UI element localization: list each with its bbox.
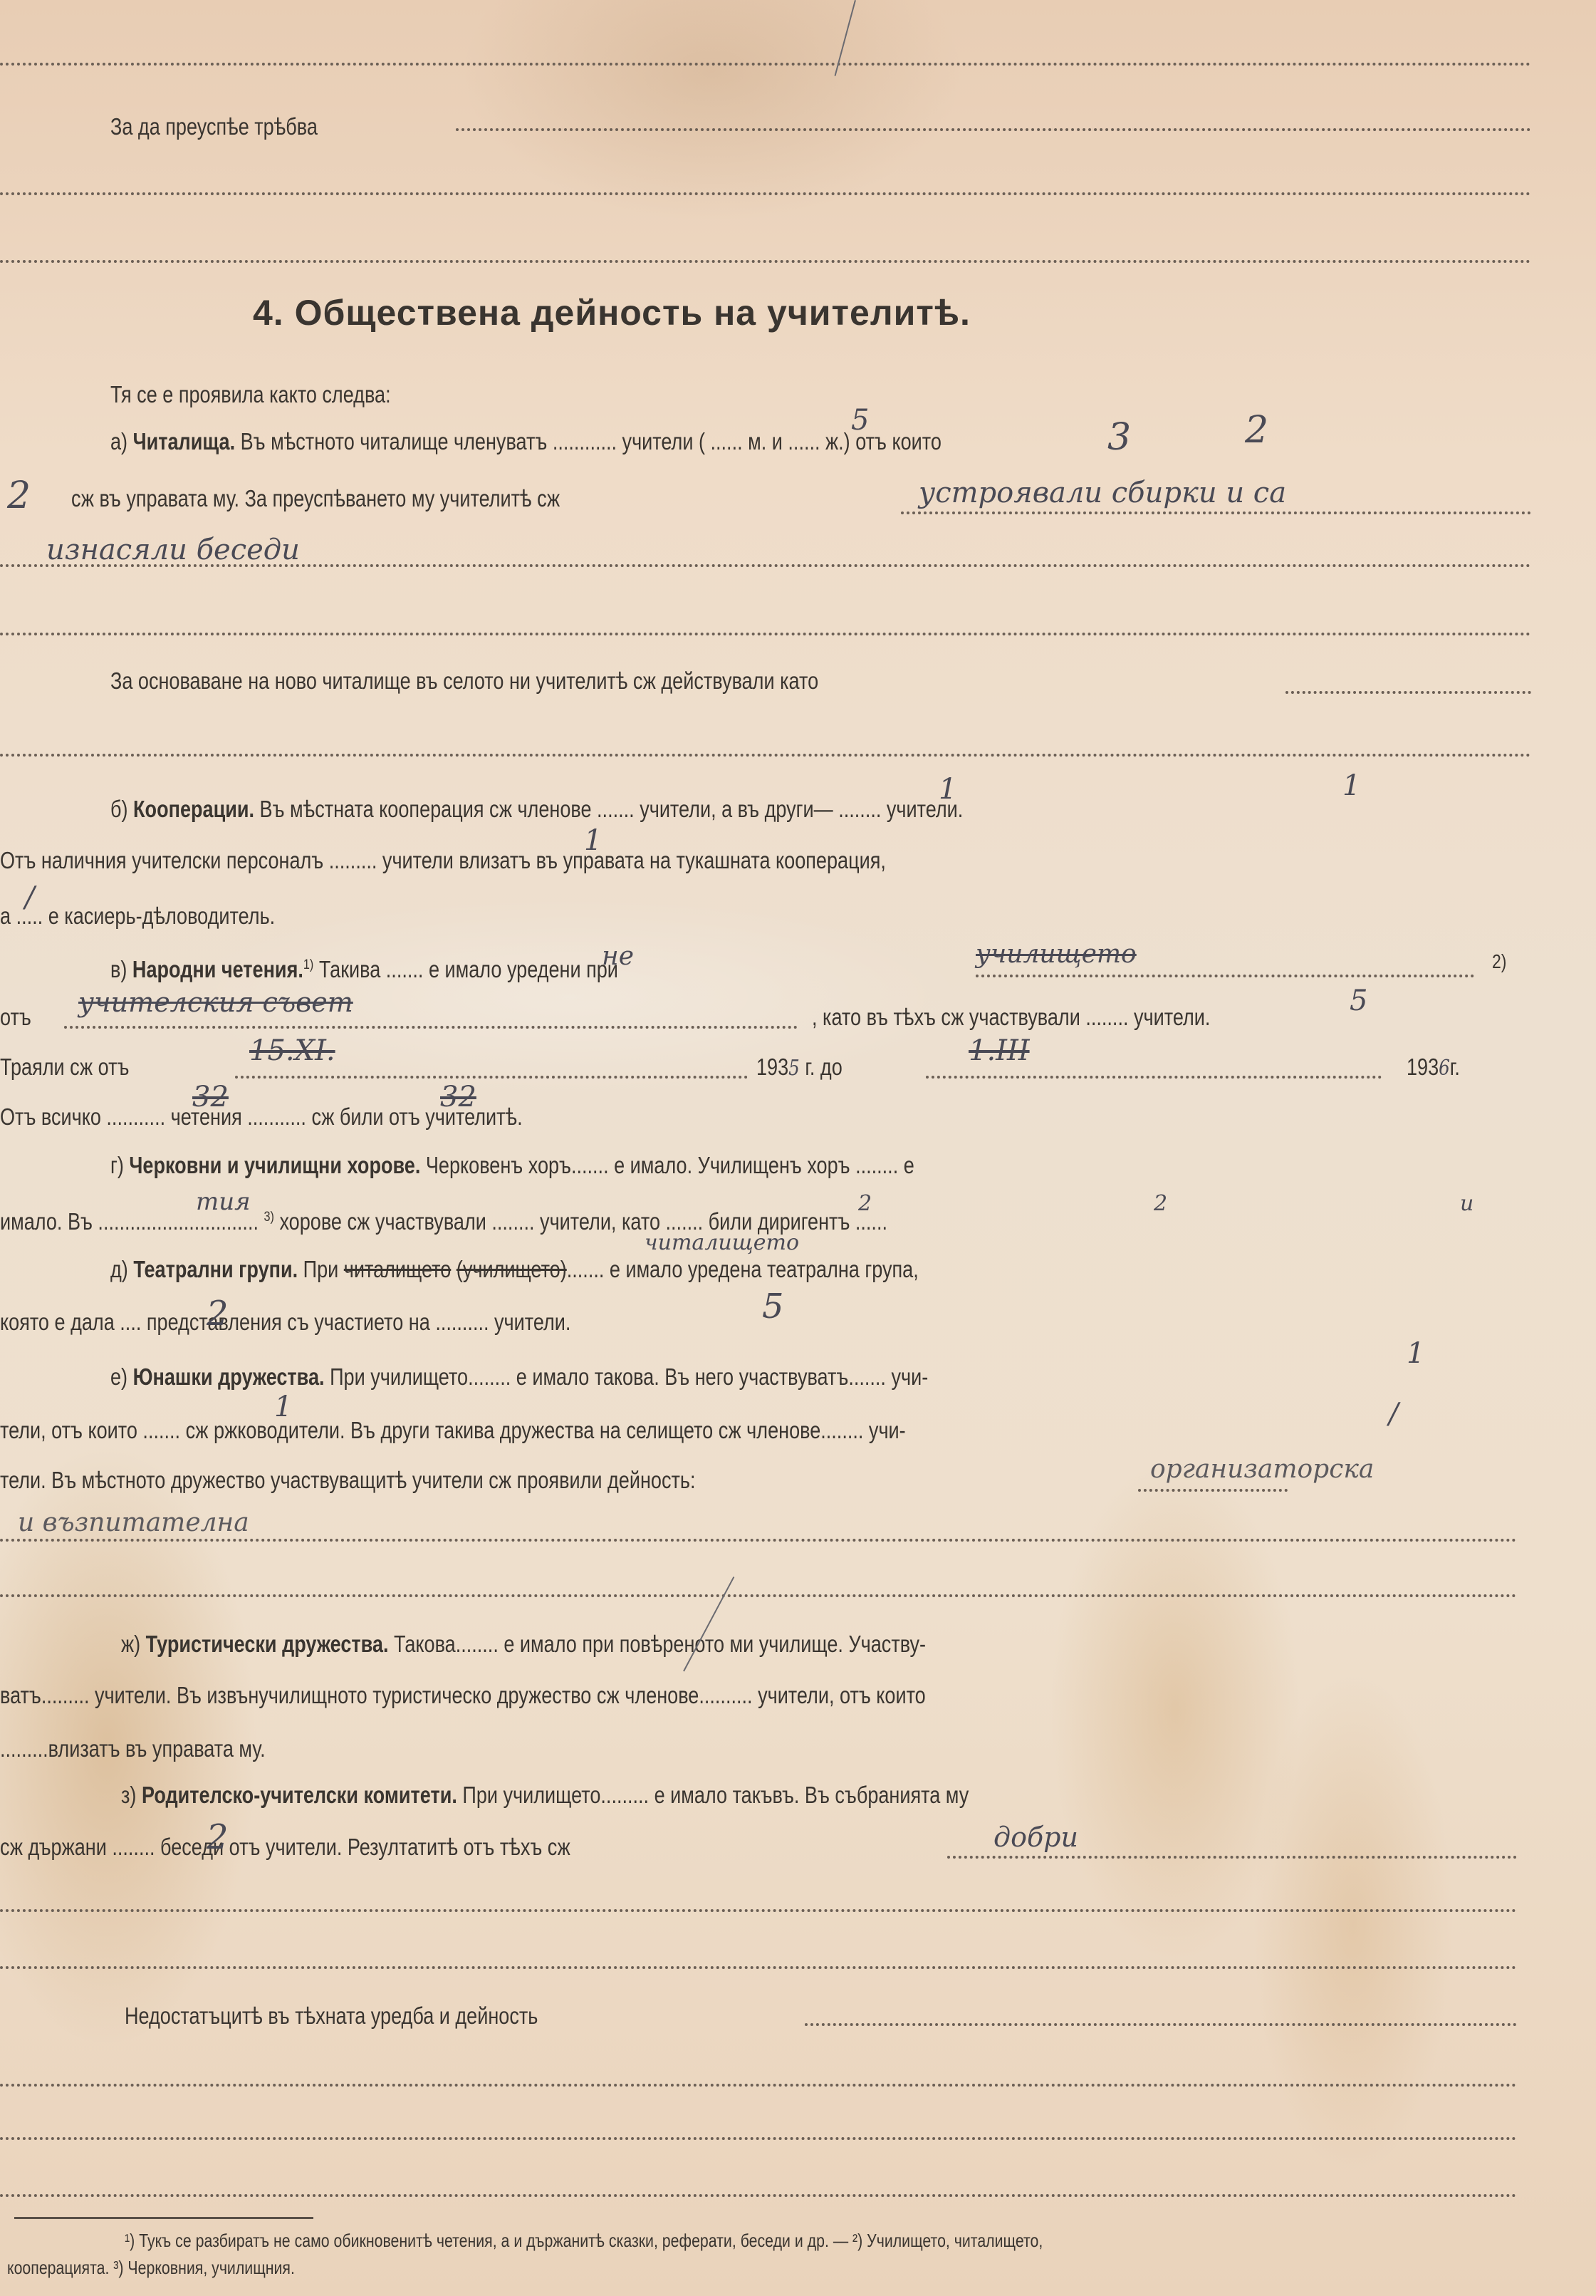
blank-line[interactable] [0,754,1531,757]
blank-line[interactable] [0,633,1531,635]
youth-leaders[interactable]: 1 [274,1393,292,1421]
other-members[interactable]: 1 [1342,772,1360,800]
results[interactable]: добри [993,1824,1078,1851]
intro-text: Тя се е проявила както следва: [110,382,1329,407]
organized-by[interactable]: учителския съвет [78,989,353,1016]
members-count[interactable]: 5 [851,406,869,435]
blank-line[interactable] [0,2084,1517,2087]
held-at[interactable]: училището [976,942,1137,967]
teacher-readings[interactable]: 32 [440,1083,476,1111]
footnote-ref-2: 2) [1492,949,1577,975]
section-d-line2: която е дала .... представления съ участ… [0,1309,1309,1335]
choirs-in[interactable]: тия [196,1190,251,1214]
footnote-divider [14,2217,313,2219]
board-count[interactable]: 2 [7,477,31,514]
activity-1[interactable]: организаторска [1150,1457,1374,1482]
from-date[interactable]: 15.XI. [249,1037,335,1065]
theatre-participants[interactable]: 5 [762,1289,784,1324]
section-zh-line3: .........влизатъ въ управата му. [0,1736,1309,1762]
section-b-line2: Отъ наличния учителски персоналъ .......… [0,848,1309,873]
blank-line[interactable] [901,511,1531,514]
blank-line[interactable] [0,63,1531,66]
local-members[interactable]: 1 [939,775,956,804]
footnote-2: кооперацията. ³) Черковния, училищния. [7,2257,295,2279]
blank-line[interactable] [0,2137,1517,2140]
female-count[interactable]: 2 [1245,412,1268,449]
handwritten-answer-1[interactable]: устроявали сбирки и са [919,479,1286,507]
blank-line[interactable] [0,1539,1517,1542]
section-e-line3: тели. Въ мѣстното дружество участвуващит… [0,1468,1309,1493]
male-count[interactable]: 3 [1107,419,1131,456]
section-a-line1: а) Читалища. Въ мѣстното читалище членув… [110,429,1329,454]
blank-line[interactable] [0,1966,1517,1969]
youth-other-members[interactable]: / [1389,1400,1398,1428]
choir-participants[interactable]: 2 [858,1193,872,1215]
conductors[interactable]: 2 [1154,1193,1167,1215]
pencil-stroke [683,1576,734,1671]
blank-line[interactable] [64,1026,798,1029]
readings-held[interactable]: не [602,944,634,970]
blank-line[interactable] [1138,1489,1288,1492]
section-d-line1: д) Театрални групи. При читалището (учил… [110,1257,1329,1282]
top-prompt: За да преуспѣе трѣбва [110,114,1329,140]
youth-participants[interactable]: 1 [1407,1339,1424,1368]
section-v-line3c: 1936г. [1407,1054,1562,1080]
handwritten-answer-2[interactable]: изнасяли беседи [46,536,300,564]
performances[interactable]: 2 [207,1297,229,1331]
section-z-line1: з) Родителско-учителски комитети. При уч… [121,1782,1330,1808]
section-v-line1: в) Народни четения.1) Такива ....... е и… [110,952,1329,977]
blank-line[interactable] [235,1076,748,1079]
total-readings[interactable]: 32 [192,1083,229,1111]
section-b-line1: б) Кооперации. Въ мѣстната кооперация сж… [110,796,1329,822]
blank-line[interactable] [0,1594,1517,1597]
handwritten-above[interactable]: читалището [645,1232,799,1254]
footnote-1: ¹) Тукъ се разбиратъ не само обикновенит… [125,2230,1043,2252]
readings-participants[interactable]: 5 [1350,987,1367,1015]
section-e-line1: е) Юнашки дружества. При училището......… [110,1364,1329,1390]
blank-line[interactable] [1285,691,1531,694]
section-e-line2: тели, отъ които ....... сж ржководители.… [0,1418,1309,1443]
to-date[interactable]: 1.III [969,1037,1030,1065]
section-zh-line2: ватъ......... учители. Въ извънучилищнот… [0,1683,1309,1708]
activity-2[interactable]: и възпитателна [18,1510,249,1536]
blank-line[interactable] [0,1909,1517,1912]
new-reading-room-prompt: За основаване на ново читалище въ селото… [110,668,1329,694]
board-members[interactable]: 1 [584,826,602,855]
blank-line[interactable] [0,564,1531,567]
blank-line[interactable] [0,260,1531,263]
section-title: 4. Обществена дейность на учителитѣ. [253,292,971,333]
blank-line[interactable] [926,1076,1382,1079]
blank-line[interactable] [0,192,1531,195]
blank-line[interactable] [947,1856,1517,1859]
section-g-line1: г) Черковни и училищни хорове. Черковенъ… [110,1153,1329,1178]
section-zh-line1: ж) Туристически дружества. Такова.......… [121,1631,1330,1657]
blank-line[interactable] [805,2023,1517,2026]
cashier-mark[interactable]: / [25,883,34,912]
conductor-note[interactable]: и [1460,1193,1474,1215]
blank-line[interactable] [976,975,1474,977]
section-b-line3: а ..... е касиерь-дѣловодитель. [0,903,1309,929]
talks-count[interactable]: 2 [207,1820,229,1854]
blank-line[interactable] [0,2194,1517,2197]
